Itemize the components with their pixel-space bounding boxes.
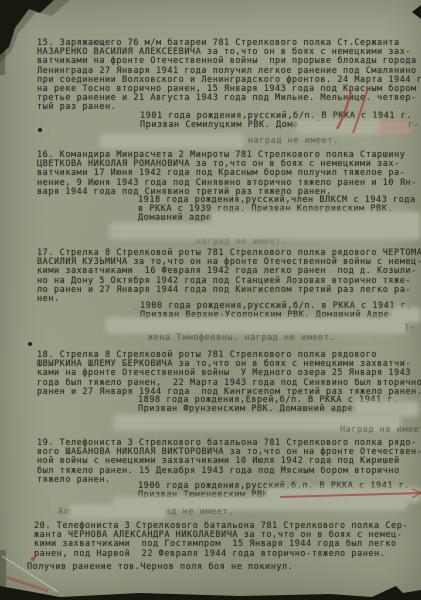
torn-edge-bottom [0,586,421,600]
red-pencil-smear [6,577,48,591]
closing-remark: Получив ранение тов.Чернов поля боя не п… [27,563,293,572]
ink-spot [38,128,42,132]
redaction-bar [102,136,242,146]
section-20: 20. Телефониста 3 Стрелкового батальона … [34,522,408,559]
redaction-bar-pink [378,123,410,133]
typed-fragment: г- [408,121,419,130]
redaction-bar [108,320,404,331]
award-note: Наград не имеет [340,426,421,435]
scanned-document-page: МО РФ МО РФ МО РФ МО РФ 15. Заряжающего … [0,0,421,600]
award-note: наград не имеет. [248,137,339,146]
award-note: жена Тимофеевны. наград не имеет. [148,334,335,343]
redaction-bar [298,122,378,132]
edge-smudge [0,550,6,595]
section-17-details: 1900 года рождения,русский,б/п. в РККА с… [140,302,412,320]
redaction-bar [392,310,418,320]
typed-line: ранен, под Нарвой 22 Февраля 1944 года в… [34,550,408,559]
award-note: наград не имеет. [196,238,287,247]
edge-smudge [0,20,5,75]
typed-line: ло ранен и 27 Января 1944 года под Кинги… [37,286,421,295]
torn-nick-top-right [412,5,421,19]
redaction-bar [356,404,416,414]
redaction-bar [112,225,418,237]
section-15: 15. Заряжающего 76 м/м батареи 781 Стрел… [37,39,421,113]
ink-spot [28,342,32,346]
section-17: 17. Стрелка 8 Стрелковой роты 781 Стрелк… [37,249,421,304]
redaction-bar [213,214,418,224]
section-18: 18. Стрелка 8 Стрелковой роты 781 Стрелк… [37,351,421,397]
section-16: 16. Командира Минрасчета 2 Минроты 781 С… [37,151,417,197]
section-19: 19. Телефониста 3 Стрелкового батальона … [37,439,421,485]
typed-fragment: )- [404,324,415,333]
redaction-bar [72,507,164,516]
